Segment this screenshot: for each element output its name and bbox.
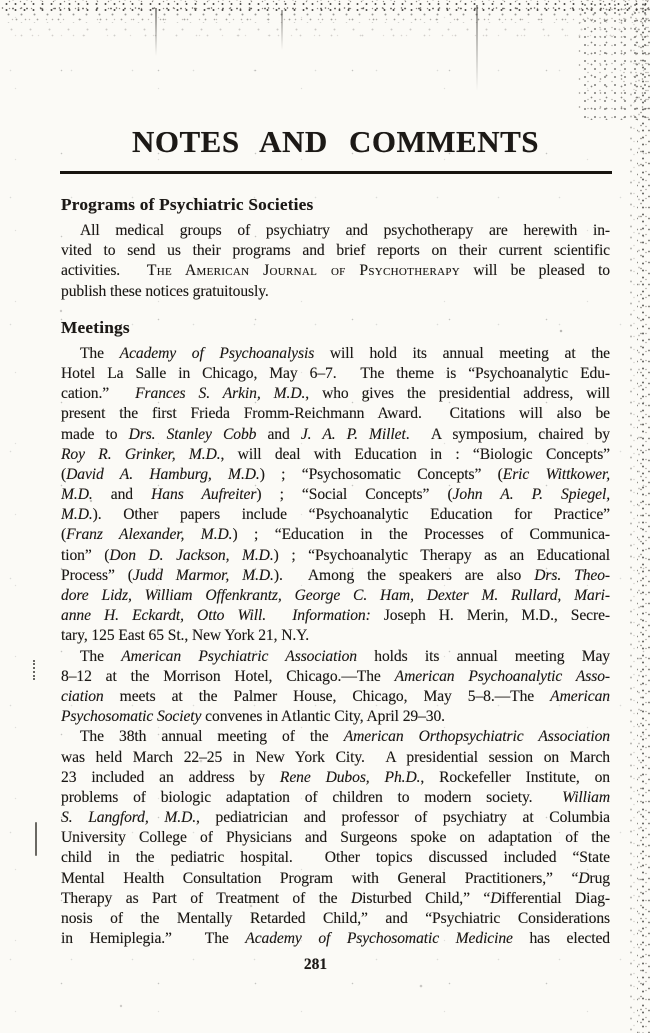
text-line: anne H. Eckardt, Otto Will. Information:… xyxy=(61,606,610,626)
text-segment: rug xyxy=(590,870,611,887)
text-line: (Franz Alexander, M.D.) ; “Education in … xyxy=(61,525,610,545)
scan-noise-top xyxy=(0,0,650,11)
italic-text: S. Langford, M.D. xyxy=(61,809,196,826)
italic-text: Academy of Psychosomatic Medicine xyxy=(245,930,513,947)
text-segment: vited to send us their programs and brie… xyxy=(61,242,610,259)
italic-text: David A. Hamburg, M.D. xyxy=(66,466,260,483)
text-segment: will be pleased to xyxy=(460,262,610,279)
text-segment: nosis of the Mentally Retarded Child,” a… xyxy=(61,910,610,927)
italic-text: Don D. Jackson, M.D. xyxy=(109,547,273,564)
text-segment: ). Other papers include “Psychoanalytic … xyxy=(93,506,610,523)
text-segment: convenes in Atlantic City, April 29–30. xyxy=(201,708,445,725)
italic-text: Psychosomatic Society xyxy=(61,708,201,725)
title-rule xyxy=(60,171,612,174)
paragraph: The Academy of Psychoanalysis will hold … xyxy=(61,344,610,647)
page-body: Programs of Psychiatric SocietiesAll med… xyxy=(61,194,610,949)
text-segment: in Hemiplegia.” The xyxy=(61,930,245,947)
text-segment: isturbed Child,” “ xyxy=(362,890,490,907)
text-line: M.D. and Hans Aufreiter) ; “Social Conce… xyxy=(61,485,610,505)
text-line: The Academy of Psychoanalysis will hold … xyxy=(61,344,610,364)
text-line: present the first Frieda Fromm-Reichmann… xyxy=(61,404,610,424)
text-line: S. Langford, M.D., pediatrician and prof… xyxy=(61,808,610,828)
italic-text: dore Lidz, William Offenkrantz, George C… xyxy=(61,587,610,604)
text-segment: , who gives the presidential address, wi… xyxy=(305,385,610,402)
italic-text: Academy of Psychoanalysis xyxy=(120,345,315,362)
text-line: tion” (Don D. Jackson, M.D.) ; “Psychoan… xyxy=(61,546,610,566)
text-line: University College of Physicians and Sur… xyxy=(61,828,610,848)
italic-text: William xyxy=(562,789,610,806)
scan-specks xyxy=(0,0,2,2)
scan-noise-top xyxy=(0,22,650,40)
smallcaps-journal-name: The American Journal of Psychotherapy xyxy=(147,262,460,279)
text-line: Psychosomatic Society convenes in Atlant… xyxy=(61,707,610,727)
text-line: Hotel La Salle in Chicago, May 6–7. The … xyxy=(61,364,610,384)
italic-text: anne H. Eckardt, Otto Will. xyxy=(61,607,266,624)
text-segment: ) ; “Education in the Processes of Commu… xyxy=(232,526,610,543)
text-line: child in the pediatric hospital. Other t… xyxy=(61,848,610,868)
scan-artifact-left-margin xyxy=(35,822,37,856)
italic-text: D xyxy=(490,890,501,907)
italic-text: American xyxy=(550,688,610,705)
text-line: The 38th annual meeting of the American … xyxy=(61,727,610,747)
text-segment: ) ; “Psychosomatic Concepts” ( xyxy=(260,466,503,483)
scan-noise-corner xyxy=(578,0,650,120)
text-line: vited to send us their programs and brie… xyxy=(61,241,610,261)
text-segment: 8–12 at the Morrison Hotel, Chicago.—The xyxy=(61,668,395,685)
text-line: dore Lidz, William Offenkrantz, George C… xyxy=(61,586,610,606)
italic-text: M.D. xyxy=(61,506,93,523)
paragraph: The 38th annual meeting of the American … xyxy=(61,727,610,949)
italic-text: J. A. P. Millet xyxy=(301,426,406,443)
italic-text: Roy R. Grinker, M.D. xyxy=(61,446,221,463)
text-segment: All medical groups of psychiatry and psy… xyxy=(80,222,610,239)
text-line: in Hemiplegia.” The Academy of Psychosom… xyxy=(61,929,610,949)
text-segment: Joseph H. Merin, M.D., Secre- xyxy=(371,607,610,624)
italic-text: American Psychiatric Association xyxy=(121,648,357,665)
text-segment: child in the pediatric hospital. Other t… xyxy=(61,849,610,866)
text-line: Roy R. Grinker, M.D., will deal with Edu… xyxy=(61,445,610,465)
text-segment: The xyxy=(80,345,120,362)
text-segment: University College of Physicians and Sur… xyxy=(61,829,610,846)
text-line: ciation meets at the Palmer House, Chica… xyxy=(61,687,610,707)
text-segment: made to xyxy=(61,426,129,443)
italic-text: Eric Wittkower, xyxy=(503,466,610,483)
scan-streak xyxy=(281,10,283,50)
scan-streak xyxy=(476,5,478,91)
italic-text: Frances S. Arkin, M.D. xyxy=(135,385,305,402)
text-line: made to Drs. Stanley Cobb and J. A. P. M… xyxy=(61,425,610,445)
text-line: publish these notices gratuitously. xyxy=(61,282,610,302)
text-line: cation.” Frances S. Arkin, M.D., who giv… xyxy=(61,384,610,404)
text-segment xyxy=(266,607,292,624)
italic-text: ciation xyxy=(61,688,104,705)
section-heading: Programs of Psychiatric Societies xyxy=(61,194,610,215)
text-segment: and xyxy=(93,486,151,503)
scan-artifact-left-margin xyxy=(33,660,35,680)
text-segment: 23 included an address by xyxy=(61,769,280,786)
text-line: M.D.). Other papers include “Psychoanaly… xyxy=(61,505,610,525)
text-segment: meets at the Palmer House, Chicago, May … xyxy=(104,688,551,705)
italic-text: American Orthopsychiatric Association xyxy=(344,728,610,745)
italic-text: Rene Dubos, Ph.D. xyxy=(280,769,421,786)
text-line: activities. The American Journal of Psyc… xyxy=(61,261,610,281)
italic-text: Franz Alexander, M.D. xyxy=(66,526,232,543)
page-number: 281 xyxy=(41,956,590,974)
text-segment: Process” ( xyxy=(61,567,133,584)
text-segment: The xyxy=(80,648,121,665)
italic-text: Drs. Stanley Cobb xyxy=(129,426,257,443)
text-line: Process” (Judd Marmor, M.D.). Among the … xyxy=(61,566,610,586)
text-line: The American Psychiatric Association hol… xyxy=(61,647,610,667)
text-segment: ). Among the speakers are also xyxy=(274,567,534,584)
scan-noise-top xyxy=(0,9,650,23)
text-segment: ) ; “Social Concepts” ( xyxy=(256,486,452,503)
text-segment: and xyxy=(256,426,301,443)
italic-text: Information: xyxy=(292,607,371,624)
paragraph: All medical groups of psychiatry and psy… xyxy=(61,221,610,302)
text-segment: , pediatrician and professor of psychiat… xyxy=(196,809,610,826)
text-segment: ) ; “Psychoanalytic Therapy as an Educat… xyxy=(274,547,610,564)
text-segment: activities. xyxy=(61,262,147,279)
text-line: was held March 22–25 in New York City. A… xyxy=(61,748,610,768)
text-line: tary, 125 East 65 St., New York 21, N.Y. xyxy=(61,626,610,646)
text-segment: . A symposium, chaired by xyxy=(406,426,610,443)
text-segment: has elected xyxy=(513,930,610,947)
text-segment: Hotel La Salle in Chicago, May 6–7. The … xyxy=(61,365,610,382)
text-line: 23 included an address by Rene Dubos, Ph… xyxy=(61,768,610,788)
italic-text: D xyxy=(351,890,362,907)
text-segment: , Rockefeller Institute, on xyxy=(420,769,610,786)
text-segment: tary, 125 East 65 St., New York 21, N.Y. xyxy=(61,627,309,644)
italic-text: Hans Aufreiter xyxy=(151,486,256,503)
page-title: NOTES AND COMMENTS xyxy=(61,124,610,160)
text-line: All medical groups of psychiatry and psy… xyxy=(61,221,610,241)
italic-text: M.D. xyxy=(61,486,93,503)
text-line: 8–12 at the Morrison Hotel, Chicago.—The… xyxy=(61,667,610,687)
section-heading: Meetings xyxy=(61,317,610,338)
text-segment: Mental Health Consultation Program with … xyxy=(61,870,578,887)
text-segment: publish these notices gratuitously. xyxy=(61,283,269,300)
text-line: Therapy as Part of Treatment of the Dist… xyxy=(61,889,610,909)
text-line: (David A. Hamburg, M.D.) ; “Psychosomati… xyxy=(61,465,610,485)
text-segment: holds its annual meeting May xyxy=(357,648,610,665)
italic-text: Drs. Theo- xyxy=(534,567,610,584)
paragraph: The American Psychiatric Association hol… xyxy=(61,647,610,728)
text-segment: was held March 22–25 in New York City. A… xyxy=(61,749,610,766)
text-segment: Therapy as Part of Treatment of the xyxy=(61,890,351,907)
text-segment: , will deal with Education in : “Biologi… xyxy=(221,446,610,463)
scan-noise-right-edge xyxy=(637,0,650,1033)
scan-noise-right-edge xyxy=(622,0,640,1033)
text-line: nosis of the Mentally Retarded Child,” a… xyxy=(61,909,610,929)
italic-text: Judd Marmor, M.D. xyxy=(133,567,274,584)
text-segment: The 38th annual meeting of the xyxy=(80,728,344,745)
text-line: problems of biologic adaptation of child… xyxy=(61,788,610,808)
text-segment: problems of biologic adaptation of child… xyxy=(61,789,562,806)
scan-streak xyxy=(155,8,157,56)
text-line: Mental Health Consultation Program with … xyxy=(61,869,610,889)
text-segment: will hold its annual meeting at the xyxy=(314,345,610,362)
text-segment: ifferential Diag- xyxy=(501,890,610,907)
italic-text: American Psychoanalytic Asso- xyxy=(395,668,610,685)
text-segment: cation.” xyxy=(61,385,135,402)
text-segment: present the first Frieda Fromm-Reichmann… xyxy=(61,405,610,422)
italic-text: John A. P. Spiegel, xyxy=(453,486,610,503)
italic-text: D xyxy=(578,870,589,887)
text-segment: tion” ( xyxy=(61,547,109,564)
journal-page: NOTES AND COMMENTS Programs of Psychiatr… xyxy=(0,0,650,1033)
